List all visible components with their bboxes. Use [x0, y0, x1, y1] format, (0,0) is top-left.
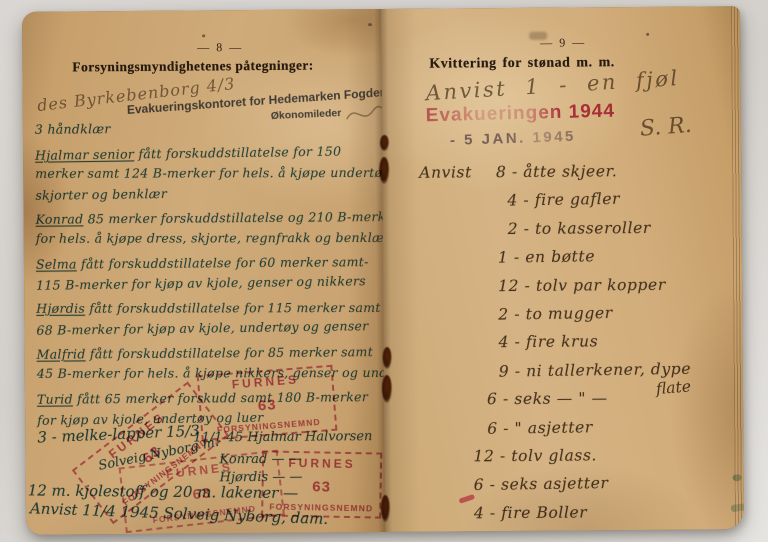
stamp-town: FURNES	[165, 460, 233, 481]
handwriting-line: 115 B-merker for kjøp av kjole, genser o…	[36, 271, 382, 296]
stamp-date-5-jan-1945: - 5 JAN. 1945	[450, 128, 576, 149]
receipt-list-item: 12 - tolv glass.	[421, 440, 731, 471]
ration-booklet: — 8 — Forsyningsmyndighetenes påtegninge…	[22, 6, 744, 535]
rust-mark	[380, 135, 389, 151]
handwriting-line: Malfrid fått forskuddstillatelse for 85 …	[37, 342, 383, 365]
handwriting-line: Konrad 85 merker forskuddstillatelse og …	[36, 207, 382, 230]
stamp-org: FORSYNINGSNEMND	[217, 417, 321, 435]
stamp-furnes-forsyningsnemnd: FURNES 63 FORSYNINGSNEMND	[261, 450, 382, 518]
receipt-list-item: 4 - fire Boller	[422, 497, 732, 528]
receipt-list-item: 6 - " asjetter	[421, 411, 731, 444]
stamp-town: FURNES	[288, 456, 356, 471]
receipt-list-item: 4 - fire krus	[420, 327, 730, 358]
stamp-org: FORSYNINGSNEMND	[269, 502, 373, 514]
handwriting-line: Hjalmar senior fått forskuddstillatelse …	[35, 141, 381, 166]
stamp-evakueringen-1944: Evakueringen 1944	[426, 101, 616, 128]
speck	[202, 34, 205, 37]
rust-mark	[381, 495, 390, 522]
stamp-town: FURNES	[231, 372, 299, 391]
page-number-left: — 8 —	[180, 40, 260, 56]
speck	[646, 33, 649, 36]
receipt-list-item: 12 - tolv par kopper	[420, 270, 730, 301]
rust-mark	[379, 157, 389, 184]
rust-mark	[382, 375, 392, 403]
speck	[368, 23, 372, 26]
section-header-right: Kvittering for stønad m. m.	[429, 55, 614, 72]
photo-stage: — 8 — Forsyningsmyndighetenes påtegninge…	[0, 0, 768, 542]
stamp-number: 63	[312, 478, 331, 495]
handwriting-line: 68 B-merker for kjøp av kjole, undertøy …	[36, 316, 382, 341]
right-page: — 9 — Kvittering for stønad m. m. Anvist…	[381, 6, 744, 532]
list-label: Anvist	[419, 163, 472, 181]
rust-mark	[383, 347, 392, 369]
receipt-list-item: 2 - to kasseroller	[420, 213, 730, 244]
receipt-list-item: 1 - en bøtte	[420, 240, 730, 273]
stamp-number: 63	[257, 396, 277, 414]
signature-initials: S. R.	[639, 113, 693, 142]
receipt-list-item: 2 - to mugger	[420, 297, 730, 330]
smudge-mark	[529, 32, 547, 40]
handwriting-line: skjorter og benklær	[35, 181, 381, 206]
receipt-list-item: 4 - fire gafler	[419, 184, 729, 217]
handwriting-line: 3 håndklær	[35, 117, 381, 140]
side-note-flate: flate	[655, 377, 691, 398]
receipt-list-item: Anvist8 - åtte skjeer.	[419, 156, 729, 187]
receipt-list: Anvist8 - åtte skjeer. 4 - fire gafler 2…	[419, 156, 732, 528]
stamp-number: 63	[192, 484, 212, 503]
handwriting-line: for hels. å kjøpe dress, skjorte, regnfr…	[36, 228, 382, 249]
section-header-left: Forsyningsmyndighetenes påtegninger:	[72, 58, 313, 76]
